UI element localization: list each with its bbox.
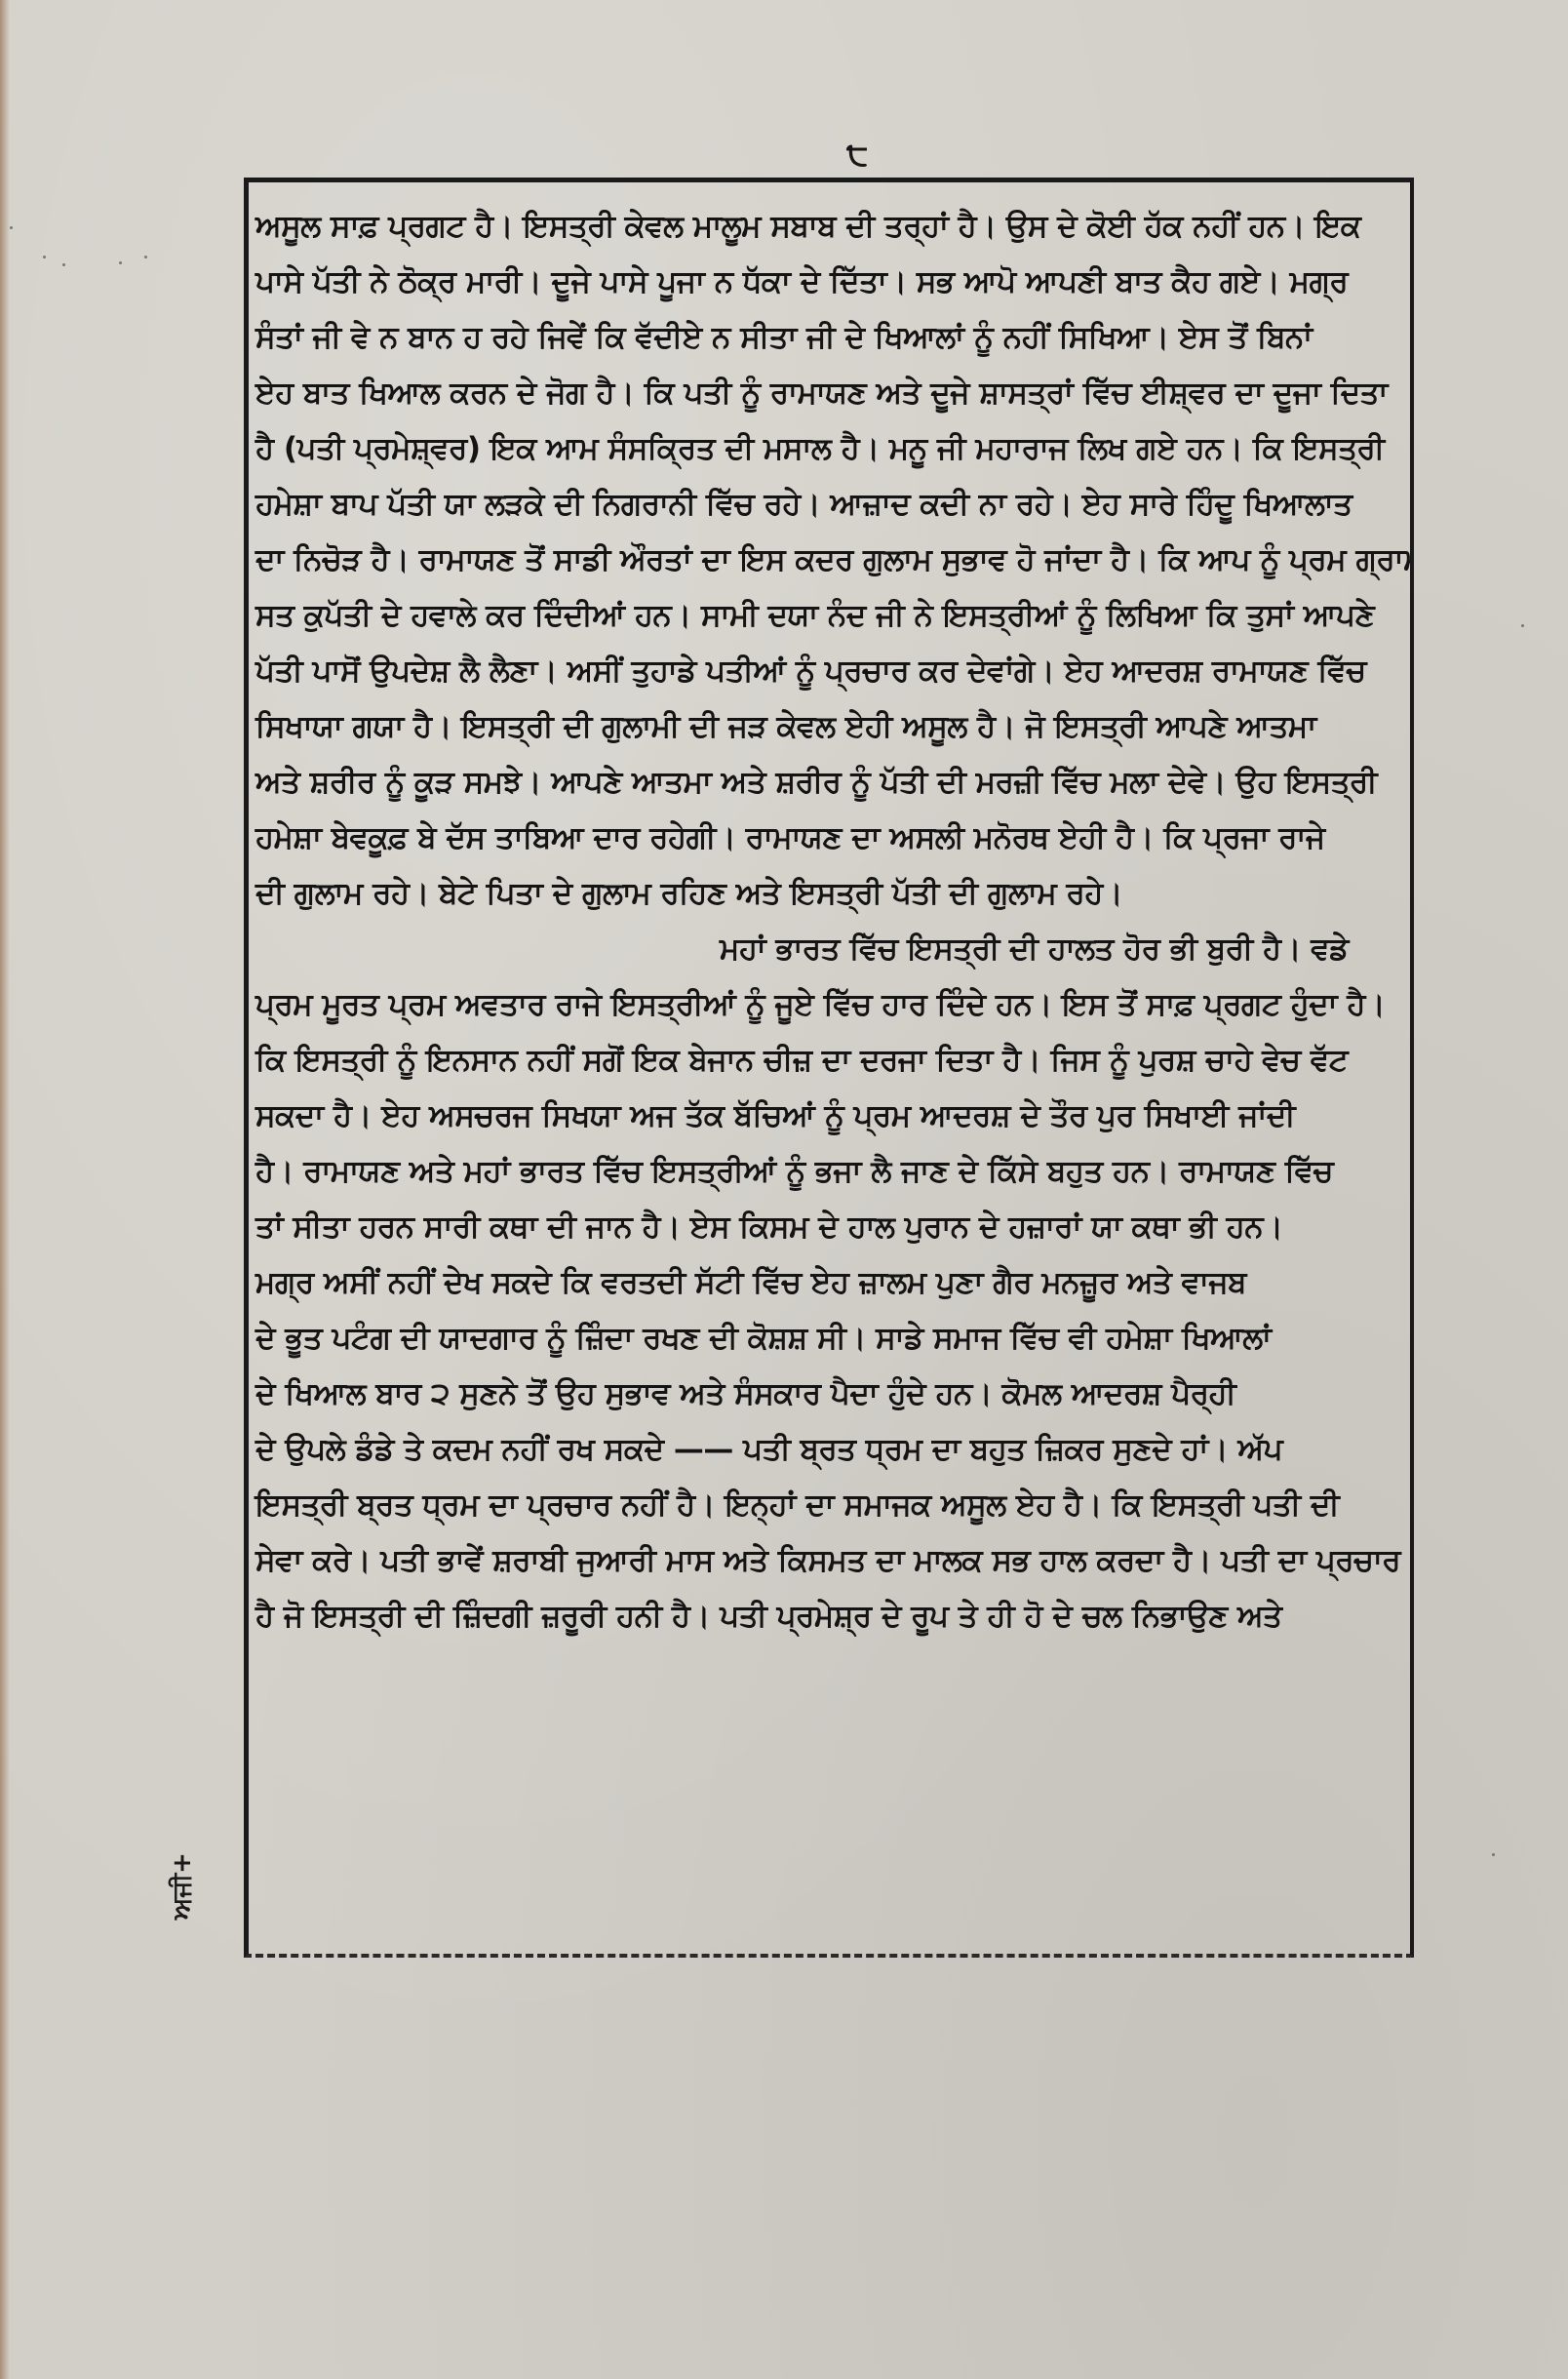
paragraph-start-line: ਮਹਾਂ ਭਾਰਤ ਵਿੱਚ ਇਸਤ੍ਰੀ ਦੀ ਹਾਲਤ ਹੋਰ ਭੀ ਬੁਰ… <box>252 922 1410 977</box>
text-line: ਹੈ। ਰਾਮਾਯਣ ਅਤੇ ਮਹਾਂ ਭਾਰਤ ਵਿੱਚ ਇਸਤ੍ਰੀਆਂ ਨ… <box>252 1144 1410 1200</box>
text-line: ਪੱਤੀ ਪਾਸੋਂ ਉਪਦੇਸ਼ ਲੈ ਲੈਣਾ। ਅਸੀਂ ਤੁਹਾਡੇ ਪ… <box>252 644 1410 699</box>
margin-annotation: ਅਜੀ+ <box>168 1812 207 1920</box>
scan-speck <box>62 263 65 266</box>
text-line: ਦੇ ਭੂਤ ਪਟੰਗ ਦੀ ਯਾਦਗਾਰ ਨੂੰ ਜ਼ਿੰਦਾ ਰਖਣ ਦੀ … <box>252 1311 1410 1367</box>
scan-speck <box>119 261 122 264</box>
text-line: ਹੈ ਜੋ ਇਸਤ੍ਰੀ ਦੀ ਜ਼ਿੰਦਗੀ ਜ਼ਰੂਰੀ ਹਨੀ ਹੈ। ਪ… <box>252 1589 1410 1645</box>
text-line: ਦੀ ਗੁਲਾਮ ਰਹੇ। ਬੇਟੇ ਪਿਤਾ ਦੇ ਗੁਲਾਮ ਰਹਿਣ ਅਤ… <box>252 866 1410 922</box>
text-line: ਸਕਦਾ ਹੈ। ਏਹ ਅਸਚਰਜ ਸਿਖਯਾ ਅਜ ਤੱਕ ਬੱਚਿਆਂ ਨੂ… <box>252 1089 1410 1144</box>
text-line: ਇਸਤ੍ਰੀ ਬ੍ਰਤ ਧ੍ਰਮ ਦਾ ਪ੍ਰਚਾਰ ਨਹੀਂ ਹੈ। ਇਨ੍ਹ… <box>252 1478 1410 1533</box>
scan-speck <box>144 256 147 258</box>
scan-speck <box>1521 624 1524 627</box>
text-line: ਪਾਸੇ ਪੱਤੀ ਨੇ ਠੋਕ੍ਰ ਮਾਰੀ। ਦੂਜੇ ਪਾਸੇ ਪੂਜਾ … <box>252 255 1410 310</box>
text-line: ਅਤੇ ਸ਼ਰੀਰ ਨੂੰ ਕੂੜ ਸਮਝੇ। ਆਪਣੇ ਆਤਮਾ ਅਤੇ ਸ਼… <box>252 755 1410 811</box>
text-line: ਹਮੇਸ਼ਾ ਬੇਵਕੂਫ਼ ਬੇ ਦੱਸ ਤਾਬਿਆ ਦਾਰ ਰਹੇਗੀ। ਰ… <box>252 811 1410 866</box>
text-line: ਦੇ ਖਿਆਲ ਬਾਰ ੨ ਸੁਣਨੇ ਤੋਂ ਉਹ ਸੁਭਾਵ ਅਤੇ ਸੰਸ… <box>252 1367 1410 1422</box>
text-line: ਦੇ ਉਪਲੇ ਡੰਡੇ ਤੇ ਕਦਮ ਨਹੀਂ ਰਖ ਸਕਦੇ —— ਪਤੀ … <box>252 1422 1410 1478</box>
text-line: ਸੇਵਾ ਕਰੇ। ਪਤੀ ਭਾਵੇਂ ਸ਼ਰਾਬੀ ਜੁਆਰੀ ਮਾਸ ਅਤੇ… <box>252 1533 1410 1589</box>
text-line: ਤਾਂ ਸੀਤਾ ਹਰਨ ਸਾਰੀ ਕਥਾ ਦੀ ਜਾਨ ਹੈ। ਏਸ ਕਿਸਮ… <box>252 1200 1410 1255</box>
body-text: ਅਸੂਲ ਸਾਫ਼ ਪ੍ਰਗਟ ਹੈ। ਇਸਤ੍ਰੀ ਕੇਵਲ ਮਾਲੂਮ ਸਬ… <box>252 199 1410 1645</box>
text-line: ਸਤ ਕੁਪੱਤੀ ਦੇ ਹਵਾਲੇ ਕਰ ਦਿੰਦੀਆਂ ਹਨ। ਸਾਮੀ ਦ… <box>252 588 1410 644</box>
text-line: ਸਿਖਾਯਾ ਗਯਾ ਹੈ। ਇਸਤ੍ਰੀ ਦੀ ਗੁਲਾਮੀ ਦੀ ਜੜ ਕੇ… <box>252 699 1410 755</box>
text-line: ਸੰਤਾਂ ਜੀ ਵੇ ਨ ਬਾਨ ਹ ਰਹੇ ਜਿਵੇਂ ਕਿ ਵੱਦੀਏ ਨ… <box>252 310 1410 366</box>
text-line: ਹਮੇਸ਼ਾ ਬਾਪ ਪੱਤੀ ਯਾ ਲੜਕੇ ਦੀ ਨਿਗਰਾਨੀ ਵਿੱਚ … <box>252 477 1410 533</box>
scanned-page: ੮ ਅਸੂਲ ਸਾਫ਼ ਪ੍ਰਗਟ ਹੈ। ਇਸਤ੍ਰੀ ਕੇਵਲ ਮਾਲੂਮ … <box>0 0 1568 2379</box>
text-line: ਪ੍ਰਮ ਮੂਰਤ ਪ੍ਰਮ ਅਵਤਾਰ ਰਾਜੇ ਇਸਤ੍ਰੀਆਂ ਨੂੰ ਜ… <box>252 977 1410 1033</box>
page-number: ੮ <box>846 135 868 174</box>
text-line: ਦਾ ਨਿਚੋੜ ਹੈ। ਰਾਮਾਯਣ ਤੋਂ ਸਾਡੀ ਔਰਤਾਂ ਦਾ ਇਸ… <box>252 533 1410 588</box>
text-line: ਮਗ੍ਰ ਅਸੀਂ ਨਹੀਂ ਦੇਖ ਸਕਦੇ ਕਿ ਵਰਤਦੀ ਸੱਟੀ ਵਿ… <box>252 1255 1410 1311</box>
scan-speck <box>1492 1853 1495 1856</box>
page-edge <box>0 0 10 2379</box>
text-line: ਅਸੂਲ ਸਾਫ਼ ਪ੍ਰਗਟ ਹੈ। ਇਸਤ੍ਰੀ ਕੇਵਲ ਮਾਲੂਮ ਸਬ… <box>252 199 1410 255</box>
scan-speck <box>10 226 13 229</box>
text-line: ਕਿ ਇਸਤ੍ਰੀ ਨੂੰ ਇਨਸਾਨ ਨਹੀਂ ਸਗੋਂ ਇਕ ਬੇਜਾਨ ਚ… <box>252 1033 1410 1089</box>
text-line: ਏਹ ਬਾਤ ਖਿਆਲ ਕਰਨ ਦੇ ਜੋਗ ਹੈ। ਕਿ ਪਤੀ ਨੂੰ ਰਾ… <box>252 366 1410 421</box>
scan-speck <box>43 256 46 258</box>
text-line: ਹੈ (ਪਤੀ ਪ੍ਰਮੇਸ਼੍ਵਰ) ਇਕ ਆਮ ਸੰਸਕ੍ਰਿਤ ਦੀ ਮਸ… <box>252 421 1410 477</box>
